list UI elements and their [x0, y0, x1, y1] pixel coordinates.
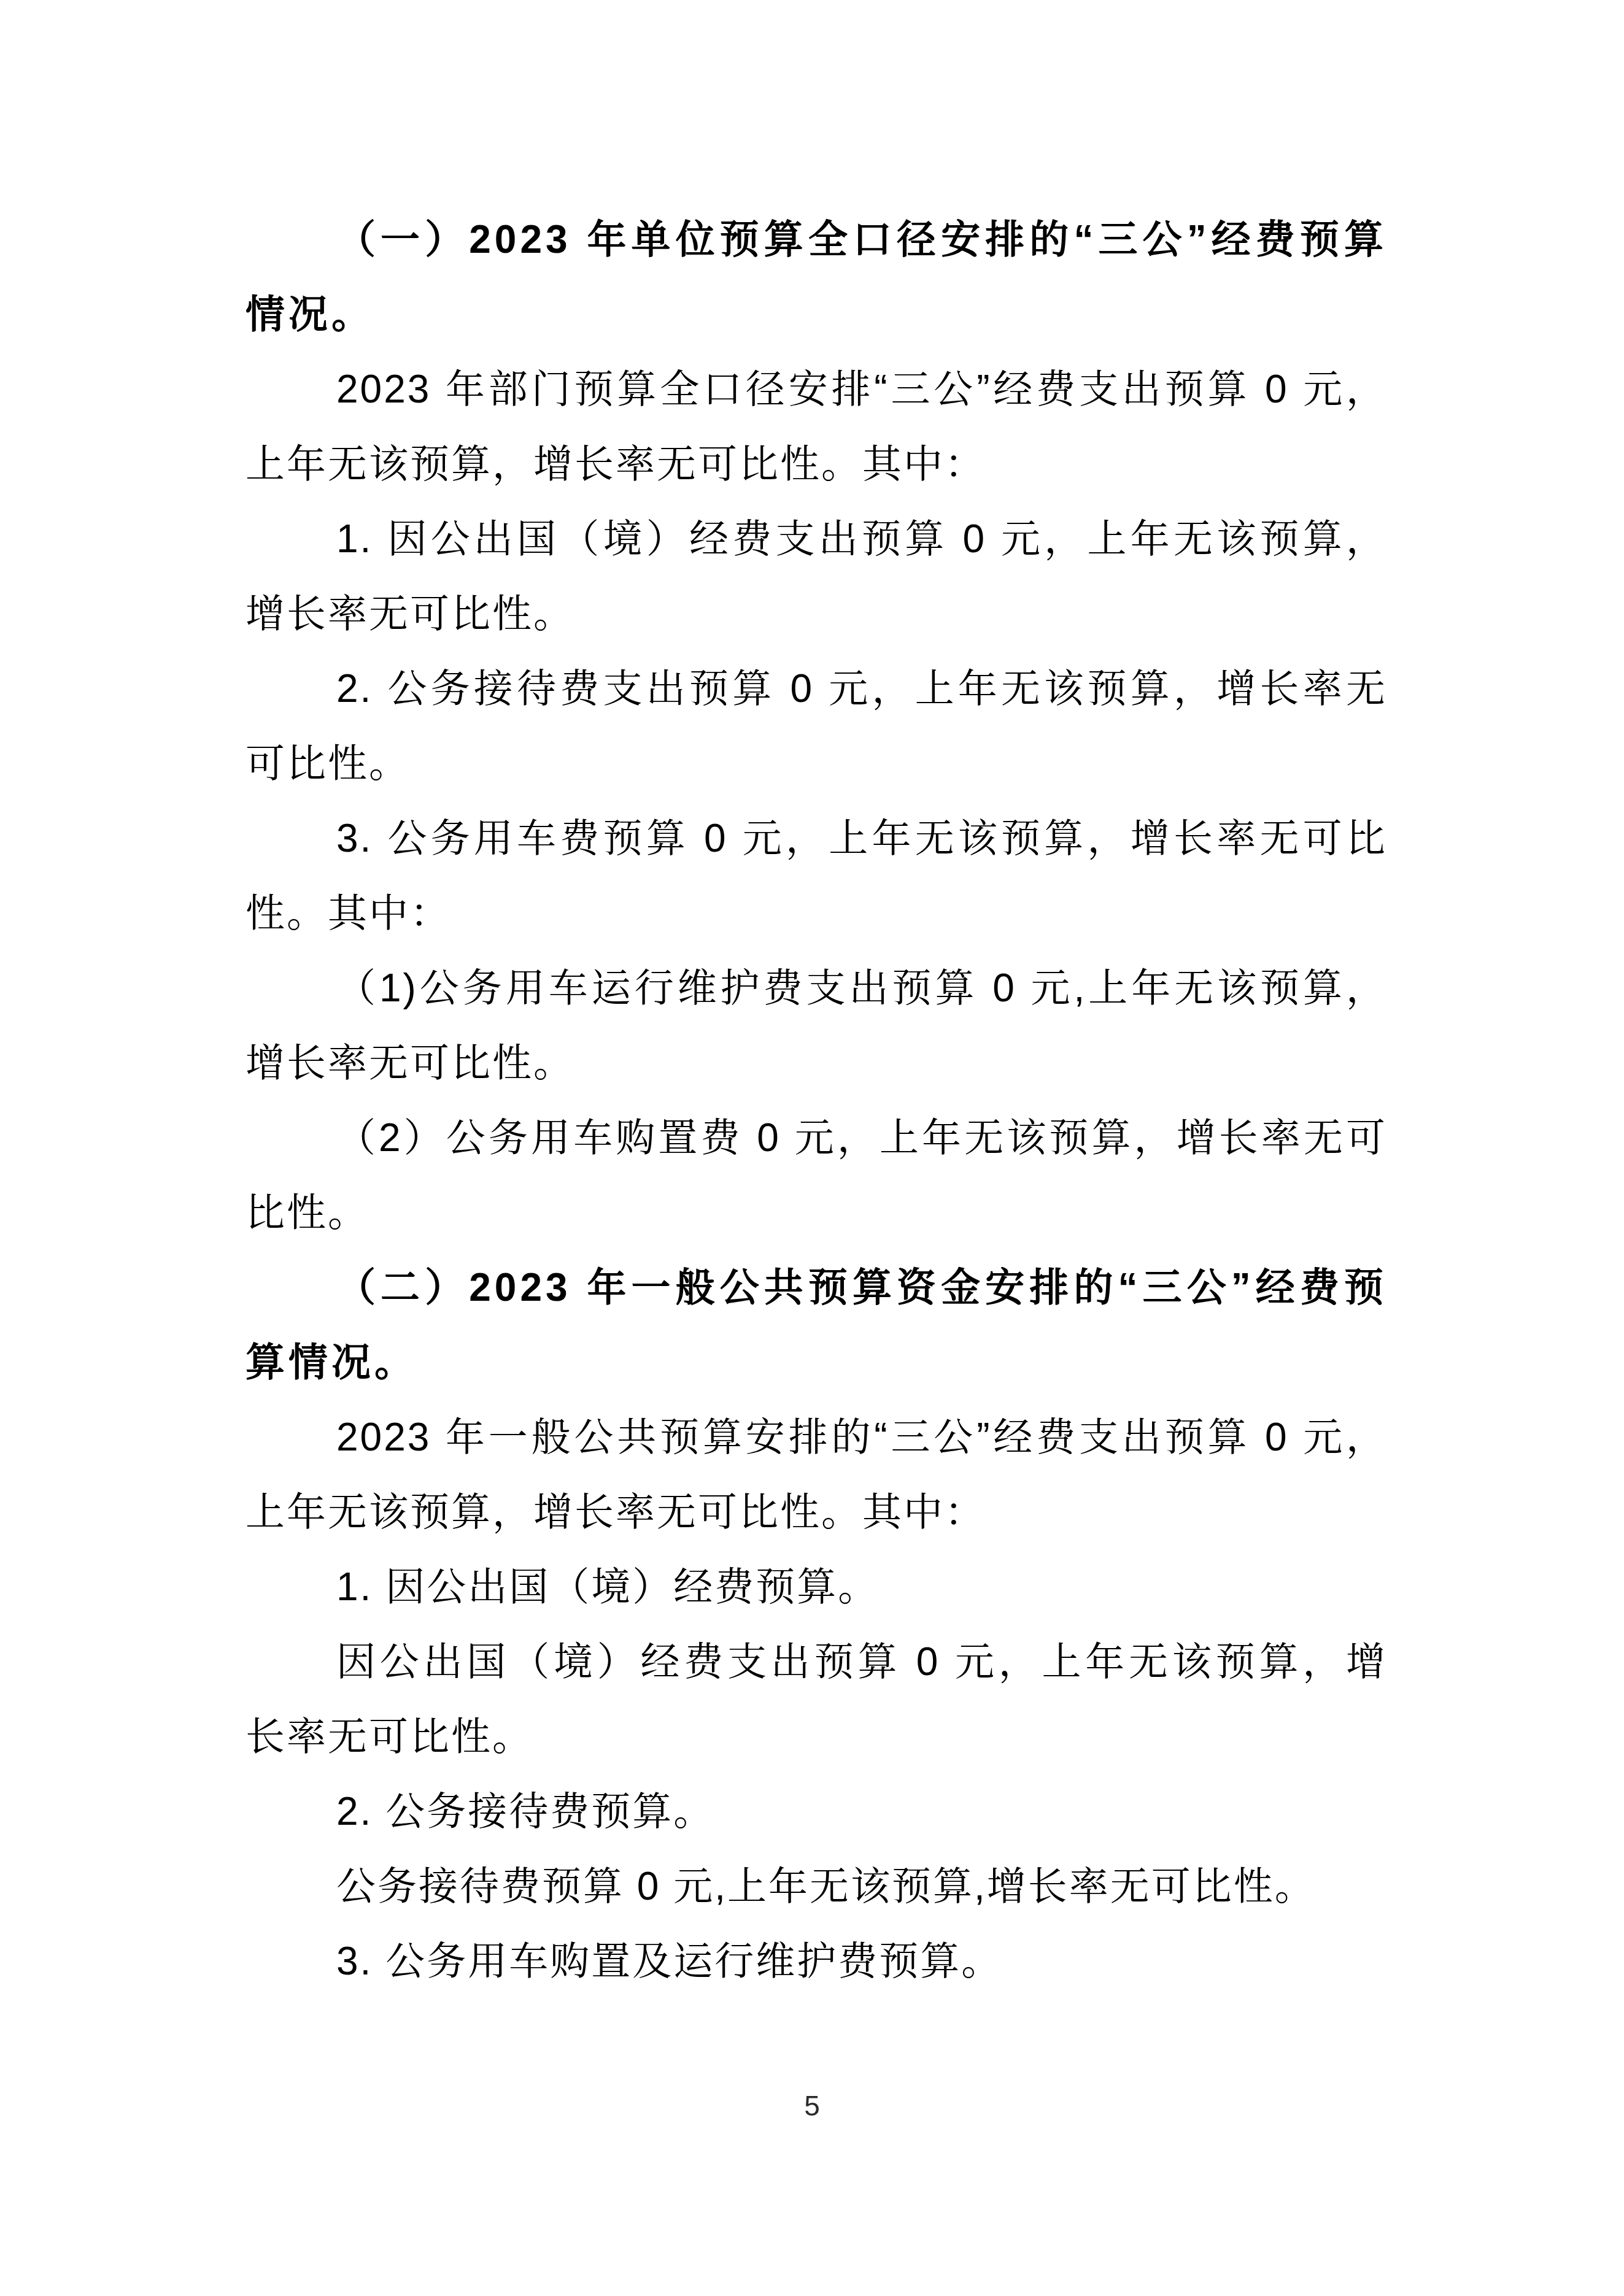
- paragraph-line: 比性。: [246, 1175, 1387, 1250]
- paragraph-line: 性。其中：: [246, 876, 1387, 950]
- paragraph-line: 上年无该预算，增长率无可比性。其中：: [246, 1474, 1387, 1549]
- sub-item-line: （2）公务用车购置费 0 元，上年无该预算，增长率无可: [246, 1100, 1387, 1175]
- document-page: （一）2023 年单位预算全口径安排的“三公”经费预算 情况。 2023 年部门…: [0, 0, 1624, 2296]
- paragraph-line: 增长率无可比性。: [246, 576, 1387, 651]
- list-item-line: 2. 公务接待费支出预算 0 元，上年无该预算，增长率无: [246, 651, 1387, 726]
- list-item-line: 3. 公务用车费预算 0 元，上年无该预算，增长率无可比: [246, 801, 1387, 876]
- paragraph-line: 公务接待费预算 0 元,上年无该预算,增长率无可比性。: [246, 1849, 1387, 1924]
- paragraph-line: 2023 年部门预算全口径安排“三公”经费支出预算 0 元，: [246, 352, 1387, 426]
- list-item-line: 1. 因公出国（境）经费预算。: [246, 1549, 1387, 1624]
- list-item-line: 3. 公务用车购置及运行维护费预算。: [246, 1924, 1387, 1998]
- paragraph-line: 因公出国（境）经费支出预算 0 元，上年无该预算，增: [246, 1624, 1387, 1699]
- paragraph-line: 上年无该预算，增长率无可比性。其中：: [246, 426, 1387, 501]
- document-body: （一）2023 年单位预算全口径安排的“三公”经费预算 情况。 2023 年部门…: [246, 202, 1387, 1998]
- section-heading-1-line-2: 情况。: [246, 277, 1387, 352]
- section-heading-1-line-1: （一）2023 年单位预算全口径安排的“三公”经费预算: [246, 202, 1387, 277]
- list-item-line: 1. 因公出国（境）经费支出预算 0 元，上年无该预算，: [246, 501, 1387, 576]
- paragraph-line: 可比性。: [246, 726, 1387, 801]
- list-item-line: 2. 公务接待费预算。: [246, 1774, 1387, 1849]
- paragraph-line: 2023 年一般公共预算安排的“三公”经费支出预算 0 元，: [246, 1400, 1387, 1474]
- paragraph-line: 长率无可比性。: [246, 1699, 1387, 1774]
- section-heading-2-line-1: （二）2023 年一般公共预算资金安排的“三公”经费预: [246, 1250, 1387, 1325]
- section-heading-2-line-2: 算情况。: [246, 1325, 1387, 1400]
- page-number: 5: [0, 2090, 1624, 2122]
- paragraph-line: 增长率无可比性。: [246, 1025, 1387, 1100]
- sub-item-line: （1)公务用车运行维护费支出预算 0 元,上年无该预算，: [246, 950, 1387, 1025]
